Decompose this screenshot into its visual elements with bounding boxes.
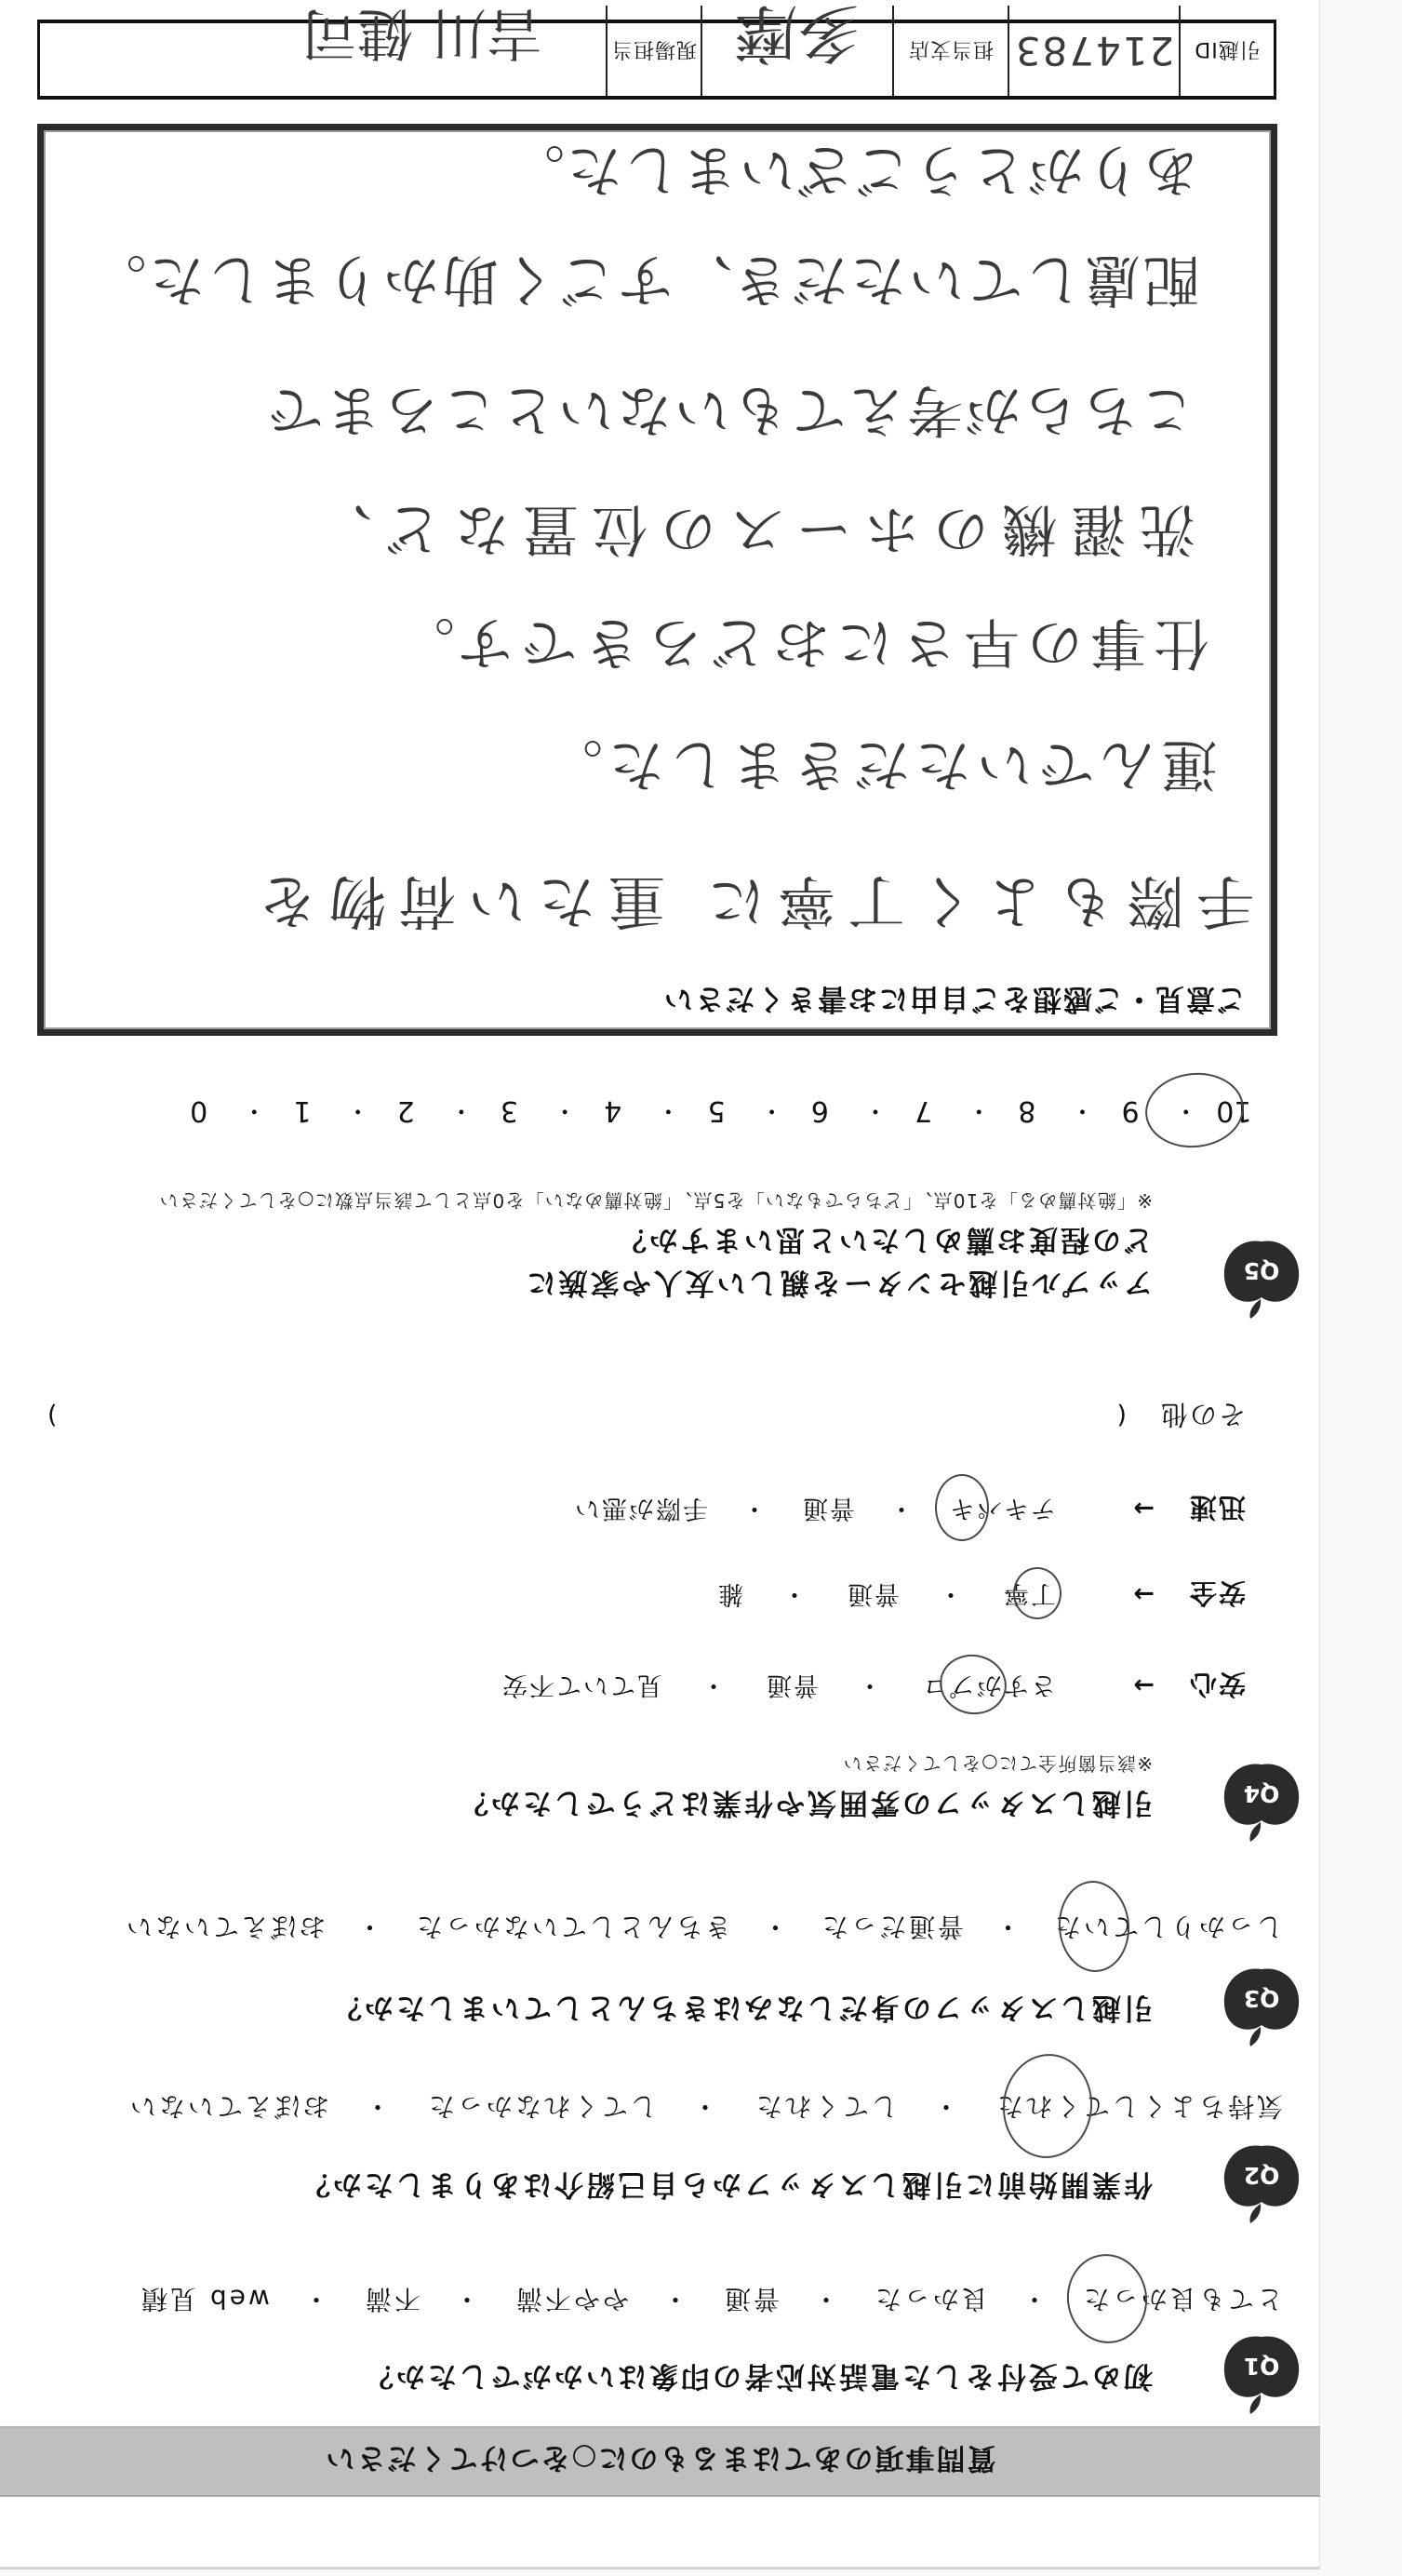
q3-question: 引越しスタッフの身だしなみはきちんとしていましたか？	[330, 1991, 1153, 2024]
field-staff-value: 吉川 健司	[301, 0, 542, 78]
separator: ・	[964, 1911, 1052, 1942]
scale-value: 1	[293, 1094, 311, 1126]
scale-value: 2	[397, 1094, 415, 1126]
q4-option: 丁寧	[1002, 1577, 1056, 1609]
q1-question: 初めて受付をした電話対応者の印象はいかがでしたか？	[362, 2359, 1153, 2393]
q4-option: 見ていて不安	[501, 1669, 662, 1700]
scale-value: 4	[604, 1094, 621, 1126]
q2-option: してくれた	[754, 2090, 898, 2122]
q2-apple-badge-icon: Q2	[1220, 2141, 1303, 2225]
q4-other-label: その他	[1155, 1399, 1246, 1430]
q2-options: 気持ちよくしてくれた ・ してくれた ・ してくれなかった ・ おぼえていない	[127, 2090, 1283, 2122]
q4-option: 普通	[846, 1577, 900, 1609]
q1-option: 普通	[722, 2283, 780, 2314]
separator: ・	[708, 1492, 801, 1523]
separator: ・	[731, 1911, 820, 1942]
separator: ・	[421, 2283, 514, 2314]
separator: ・	[900, 1577, 1002, 1609]
q5-recommend-scale: 10・ 9・ 8・ 7・ 6・ 5・ 4・ 3・ 2・ 1・ 0	[147, 1094, 1286, 1126]
separator: ・	[657, 2090, 754, 2122]
handwritten-comment-line: 手際もよく丁寧に 重たい荷物を	[247, 867, 1254, 934]
close-paren: )	[46, 1399, 58, 1430]
q3-option: 普通だった	[820, 1911, 964, 1942]
q4-option: 普通	[801, 1492, 855, 1523]
svg-text:Q4: Q4	[1244, 1780, 1280, 1807]
move-info-table: 引越ID 214783 担当支店 多摩 現場担当 吉川 健司	[37, 20, 1276, 100]
q3-option: しっかりしていた	[1052, 1911, 1283, 1942]
q4-row-label: 安心	[1155, 1669, 1246, 1700]
move-id-value: 214783	[1014, 28, 1174, 74]
q2-option: 気持ちよくしてくれた	[995, 2090, 1283, 2122]
q1-options: とても良かった ・ 良かった ・ 普通 ・ やや不満 ・ 不満 ・ web 見積	[139, 2283, 1283, 2314]
q4-row-label: 迅速	[1155, 1492, 1246, 1523]
q4-option: 手際が悪い	[573, 1492, 708, 1523]
separator: ・	[329, 2090, 426, 2122]
separator: ・	[326, 1911, 414, 1942]
q3-option: きちんとしていなかった	[414, 1911, 731, 1942]
q2-option: してくれなかった	[426, 2090, 657, 2122]
branch-value: 多摩	[734, 0, 861, 83]
scale-value: 10	[1216, 1094, 1251, 1126]
q4-question: 引越しスタッフの雰囲気や作業はどうでしたか？	[457, 1786, 1153, 1819]
scale-value: 7	[915, 1094, 932, 1126]
q4-option: 雑	[716, 1577, 743, 1609]
q1-option: 不満	[363, 2283, 421, 2314]
handwritten-comment-line: ありがとうございました。	[507, 136, 1199, 203]
scanned-survey-sheet: 質問事項のあてはまるものに○をつけてください Q1 初めて受付をした電話対応者の…	[0, 0, 1402, 2576]
scale-value: 9	[1122, 1094, 1140, 1126]
handwritten-comment-line: 仕事の早さにおどろきです。	[392, 609, 1209, 676]
q5-question-line1: アップル引越センターを親しい友人や家族に	[525, 1266, 1153, 1299]
arrow-right-icon: →	[1056, 1669, 1155, 1700]
q2-option: おぼえていない	[127, 2090, 329, 2122]
comment-box-label: ご意見・ご感想をご自由にお書きください	[662, 982, 1246, 1015]
q3-apple-badge-icon: Q3	[1220, 1965, 1303, 2048]
q3-option: おぼえていない	[124, 1911, 326, 1942]
field-staff-label: 現場担当	[611, 36, 697, 65]
q5-note: ※「絶対薦める」を10点、「どちらでもない」を5点、「絶対薦めない」を0点として…	[158, 1189, 1153, 1212]
scale-value: 3	[501, 1094, 518, 1126]
handwritten-comment-line: 配慮していただき、すごく助かりました。	[87, 246, 1199, 313]
q4-apple-badge-icon: Q4	[1220, 1760, 1303, 1844]
handwritten-comment-line: 洗濯機のホースの位置など、	[303, 495, 1195, 562]
q4-row-anshin: 安心 → さすがプロ ・ 普通 ・ 見ていて不安	[501, 1669, 1246, 1700]
q4-option: さすがプロ	[921, 1669, 1056, 1700]
branch-label: 担当支店	[908, 36, 994, 65]
q4-option: 普通	[765, 1669, 819, 1700]
q4-row-other: その他 ( )	[46, 1399, 1246, 1430]
q1-option: web 見積	[139, 2283, 270, 2314]
separator: ・	[743, 1577, 846, 1609]
svg-text:Q1: Q1	[1244, 2353, 1280, 2380]
q1-apple-badge-icon: Q1	[1220, 2332, 1303, 2416]
separator: ・	[270, 2283, 363, 2314]
separator: ・	[898, 2090, 995, 2122]
q4-note: ※該当箇所全てに○をしてください	[843, 1752, 1153, 1775]
svg-text:Q2: Q2	[1244, 2162, 1280, 2189]
instructions-bar: 質問事項のあてはまるものに○をつけてください	[0, 2426, 1320, 2497]
q4-row-jinsoku: 迅速 → テキパキ ・ 普通 ・ 手際が悪い	[573, 1492, 1246, 1523]
q2-question: 作業開始前に引越しスタッフから自己紹介はありましたか？	[299, 2167, 1153, 2201]
open-paren: (	[1115, 1399, 1127, 1430]
arrow-right-icon: →	[1056, 1492, 1155, 1523]
separator: ・	[662, 1669, 765, 1700]
scale-value: 6	[811, 1094, 829, 1126]
scale-value: 0	[190, 1094, 207, 1126]
q1-option: やや不満	[514, 2283, 629, 2314]
q5-question-line2: どの程度お薦めしたいと思いますか？	[615, 1223, 1153, 1256]
q1-option: 良かった	[873, 2283, 988, 2314]
move-id-label: 引越ID	[1194, 36, 1260, 65]
q4-option: テキパキ	[948, 1492, 1056, 1523]
q1-option: とても良かった	[1081, 2283, 1283, 2314]
separator: ・	[780, 2283, 873, 2314]
q5-apple-badge-icon: Q5	[1220, 1237, 1303, 1321]
arrow-right-icon: →	[1056, 1577, 1155, 1609]
q4-row-anzen: 安全 → 丁寧 ・ 普通 ・ 雑	[716, 1577, 1246, 1609]
separator: ・	[819, 1669, 921, 1700]
separator: ・	[629, 2283, 722, 2314]
handwritten-comment-line: こちらが考えてもいないところまで	[265, 376, 1195, 443]
handwritten-comment-line: 運んでいただきました。	[541, 731, 1217, 798]
q3-options: しっかりしていた ・ 普通だった ・ きちんとしていなかった ・ おぼえていない	[124, 1911, 1283, 1942]
scale-value: 5	[707, 1094, 725, 1126]
svg-text:Q3: Q3	[1244, 1985, 1280, 2012]
svg-text:Q5: Q5	[1244, 1257, 1280, 1284]
scale-value: 8	[1018, 1094, 1035, 1126]
q4-row-label: 安全	[1155, 1577, 1246, 1609]
separator: ・	[855, 1492, 948, 1523]
